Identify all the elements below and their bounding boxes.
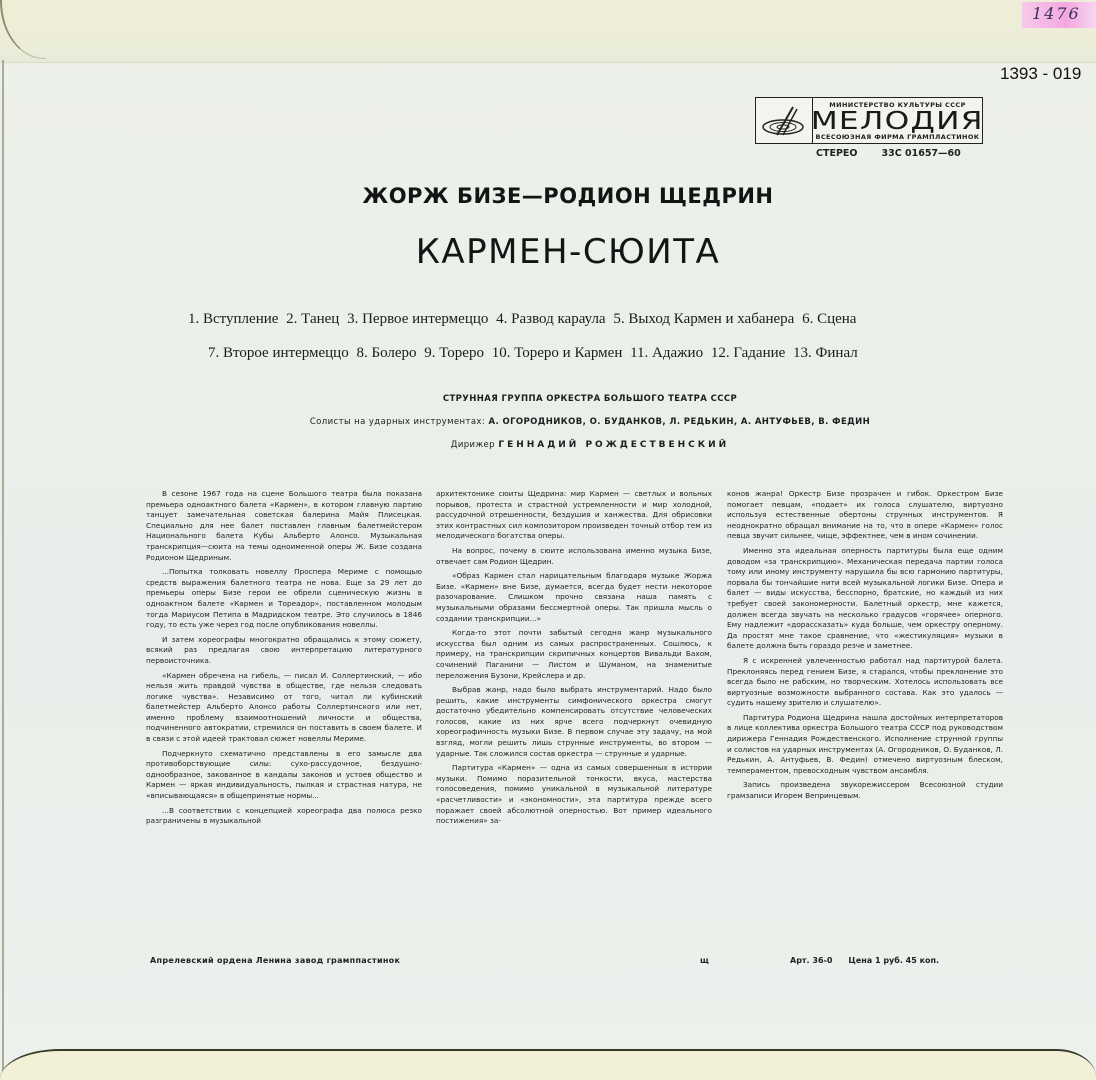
flap-curve [0, 0, 46, 59]
liner-notes-column-1: В сезоне 1967 года на сцене Большого теа… [146, 489, 422, 831]
liner-notes-column-2: архитектонике сюиты Щедрина: мир Кармен … [436, 489, 712, 831]
soloists-label: Солисты на ударных инструментах: [310, 417, 485, 427]
track-row-2: 7. Второе интермеццо 8. Болеро 9. Тореро… [188, 336, 988, 370]
release-code: 33С 01657—60 [881, 148, 960, 159]
paragraph: Выбрав жанр, надо было выбрать инструмен… [436, 685, 712, 759]
conductor-label: Дирижер [451, 440, 495, 450]
soloists-credit: Солисты на ударных инструментах: А. ОГОР… [240, 411, 940, 434]
sleeve-left-edge [2, 60, 4, 1080]
paragraph: И затем хореографы многократно обращалис… [146, 635, 422, 667]
paragraph: На вопрос, почему в сюите использована и… [436, 546, 712, 567]
orchestra-credit: СТРУННАЯ ГРУППА ОРКЕСТРА БОЛЬШОГО ТЕАТРА… [240, 388, 940, 411]
track-item: 8. Болеро [356, 345, 416, 361]
record-sleeve-back: 1476 1393 - 019 МИНИСТЕРСТВО КУЛЬТУРЫ СС… [0, 0, 1096, 1080]
bottom-flap [0, 1049, 1096, 1080]
article-number: Арт. 36-0 [790, 956, 832, 965]
brand-name: МЕЛОДИЯ [811, 109, 984, 133]
composers-heading: ЖОРЖ БИЗЕ—РОДИОН ЩЕДРИН [0, 184, 1096, 208]
paragraph: Партитура Родиона Щедрина нашла достойны… [727, 713, 1003, 777]
track-item: 4. Развод караула [496, 311, 605, 327]
paragraph: Когда-то этот почти забытый сегодня жанр… [436, 628, 712, 681]
track-item: 2. Танец [286, 311, 339, 327]
paragraph: В сезоне 1967 года на сцене Большого теа… [146, 489, 422, 563]
paragraph: «Образ Кармен стал нарицательным благода… [436, 571, 712, 624]
paragraph: «Кармен обречена на гибель, — писал И. С… [146, 671, 422, 745]
credits: СТРУННАЯ ГРУППА ОРКЕСТРА БОЛЬШОГО ТЕАТРА… [240, 388, 940, 457]
paragraph: Подчеркнуто схематично представлены в ег… [146, 749, 422, 802]
melodiya-logo: МИНИСТЕРСТВО КУЛЬТУРЫ СССР МЕЛОДИЯ ВСЕСО… [755, 97, 983, 144]
paragraph: ...Попытка толковать новеллу Проспера Ме… [146, 567, 422, 631]
format-label: СТЕРЕО [816, 148, 857, 159]
paragraph: архитектонике сюиты Щедрина: мир Кармен … [436, 489, 712, 542]
track-item: 5. Выход Кармен и хабанера [613, 311, 794, 327]
paragraph: Запись произведена звукорежиссером Всесо… [727, 780, 1003, 801]
manufacturer-line: Апрелевский ордена Ленина завод грамппас… [150, 956, 400, 965]
track-list: 1. Вступление 2. Танец 3. Первое интерме… [188, 302, 988, 370]
track-item: 9. Тореро [424, 345, 484, 361]
liner-notes-column-3: конов жанра! Оркестр Бизе прозрачен и ги… [727, 489, 1003, 806]
track-item: 3. Первое интермеццо [347, 311, 488, 327]
work-title: КАРМЕН-СЮИТА [0, 232, 1096, 272]
paragraph: Партитура «Кармен» — одна из самых совер… [436, 763, 712, 827]
catalog-number: 1393 - 019 [1000, 64, 1081, 84]
price: Цена 1 руб. 45 коп. [848, 956, 939, 965]
logo-text-block: МИНИСТЕРСТВО КУЛЬТУРЫ СССР МЕЛОДИЯ ВСЕСО… [813, 98, 982, 143]
paragraph: конов жанра! Оркестр Бизе прозрачен и ги… [727, 489, 1003, 542]
track-item: 6. Сцена [802, 311, 856, 327]
track-item: 12. Гадание [711, 345, 785, 361]
soloists-names: А. ОГОРОДНИКОВ, О. БУДАНКОВ, Л. РЕДЬКИН,… [488, 417, 870, 427]
conductor-credit: Дирижер ГЕННАДИЙ РОЖДЕСТВЕНСКИЙ [240, 434, 940, 457]
print-mark: щ [700, 956, 709, 965]
track-item: 7. Второе интермеццо [208, 345, 349, 361]
track-row-1: 1. Вступление 2. Танец 3. Первое интерме… [188, 302, 988, 336]
paragraph: Именно эта идеальная оперность партитуры… [727, 546, 1003, 652]
price-line: Арт. 36-0Цена 1 руб. 45 коп. [790, 956, 939, 965]
paragraph: ...В соответствии с концепцией хореограф… [146, 806, 422, 827]
conductor-name: ГЕННАДИЙ РОЖДЕСТВЕНСКИЙ [498, 440, 729, 450]
melodiya-emblem-icon [756, 98, 813, 143]
format-line: СТЕРЕО33С 01657—60 [816, 148, 961, 159]
track-item: 1. Вступление [188, 311, 278, 327]
paragraph: Я с искренней увлеченностью работал над … [727, 656, 1003, 709]
track-item: 13. Финал [793, 345, 858, 361]
track-item: 10. Тореро и Кармен [492, 345, 623, 361]
top-flap [0, 0, 1096, 63]
track-item: 11. Адажио [630, 345, 703, 361]
sticker-handwritten-number: 1476 [1032, 4, 1081, 23]
